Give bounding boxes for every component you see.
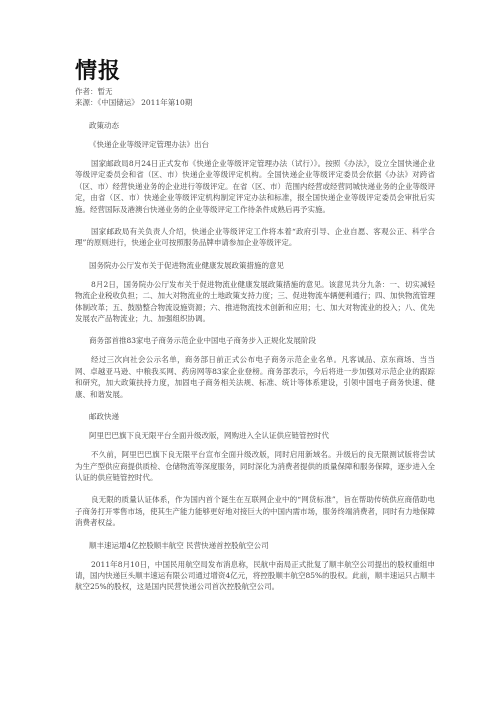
article-heading: 《快递企业等级评定管理办法》出台 [89, 139, 435, 150]
section-heading: 政策动态 [89, 120, 435, 131]
paragraph: 2011年8月10日，中国民用航空局发布消息称，民航中南局正式批复了顺丰航空公司… [75, 559, 435, 593]
article-header: 情报 作者：暂无 来源：《中国储运》 2011年第10期 [75, 60, 435, 108]
paragraph: 不久前，阿里巴巴旗下良无限平台宣布全面升级改版，同时启用新域名。升级后的良无限测… [75, 449, 435, 483]
section-heading: 邮政快递 [89, 411, 435, 422]
article-heading: 国务院办公厅发布关于促进物流业健康发展政策措施的意见 [89, 260, 435, 271]
article-body: 政策动态 《快递企业等级评定管理办法》出台 国家邮政局8月24日正式发布《快递企… [75, 120, 435, 593]
paragraph: 国家邮政局8月24日正式发布《快递企业等级评定管理办法（试行）》。按照《办法》，… [75, 158, 435, 215]
article-heading: 商务部首推83家电子商务示范企业中国电子商务步入正规化发展阶段 [89, 335, 435, 346]
paragraph: 8月2日，国务院办公厅发布关于促进物流业健康发展政策措施的意见。该意见共分九条：… [75, 279, 435, 325]
source-line: 来源：《中国储运》 2011年第10期 [75, 97, 435, 108]
author-line: 作者：暂无 [75, 86, 435, 97]
page-title: 情报 [75, 60, 435, 84]
paragraph: 国家邮政局有关负责人介绍，快递企业等级评定工作将本着“政府引导、企业自愿、客观公… [75, 226, 435, 249]
paragraph: 经过三次向社会公示名单，商务部日前正式公布电子商务示范企业名单。凡客诚品、京东商… [75, 354, 435, 400]
paragraph: 良无限的质量认证体系，作为国内首个诞生在互联网企业中的“网货标准”，旨在帮助传统… [75, 494, 435, 528]
article-heading: 阿里巴巴旗下良无限平台全面升级改版，网购进入全认证供应链管控时代 [89, 430, 435, 441]
article-heading: 顺丰速运增4亿控股顺丰航空 民营快递首控股航空公司 [89, 540, 435, 551]
